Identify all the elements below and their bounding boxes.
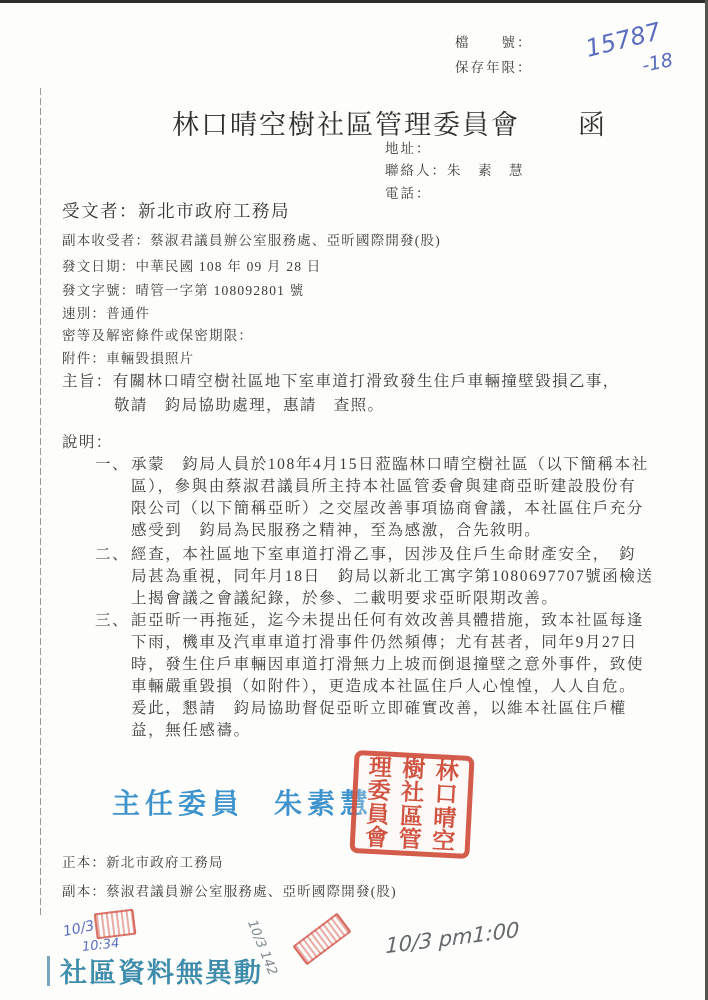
- item-3-line: 時，發生住戶車輛因車道打滑無力上坡而倒退撞壁之意外事件，致使: [131, 652, 644, 674]
- seal-column-right: 林口晴空: [431, 759, 460, 854]
- handwritten-right-note: 10/3 pm1:00: [385, 918, 519, 959]
- doc-number-line: 發文字號：晴管一字第 108092801 號: [62, 279, 304, 299]
- registry-stamp-text: 社區資料無異動: [60, 951, 263, 990]
- item-3-number: 三、: [95, 608, 129, 630]
- original-recipient-line: 正本：新北市政府工務局: [62, 851, 224, 871]
- seal-column-left: 理委員會: [364, 755, 393, 850]
- handwritten-file-number-suffix: -18: [640, 49, 675, 77]
- phone-label: 電話：: [385, 182, 432, 202]
- security-line: 密等及解密條件或保密期限：: [62, 324, 253, 344]
- item-1-line: 區），參與由蔡淑君議員所主持本社區管委會與建商亞昕建設股份有: [131, 474, 636, 496]
- chairperson-signature: 主任委員 朱素慧: [112, 782, 373, 822]
- item-2-line: 局甚為重視，同年月18日 鈞局以新北工寓字第1080697707號函檢送: [131, 564, 654, 586]
- retention-period-label: 保存年限：: [455, 56, 533, 76]
- handwritten-received-date: 10/3: [62, 918, 96, 940]
- recipient-line: 受文者：新北市政府工務局: [62, 198, 290, 223]
- file-number-label: 檔 號：: [455, 31, 533, 51]
- scanned-letter-page: 檔 號： 保存年限： 15787 -18 林口晴空樹社區管理委員會 函 地址： …: [0, 0, 708, 1000]
- binding-line: [40, 88, 41, 918]
- issue-date-line: 發文日期：中華民國 108 年 09 月 28 日: [62, 255, 322, 275]
- item-2-line: 上揭會議之會議紀錄，於參、二載明要求亞昕限期改善。: [131, 586, 559, 608]
- item-2-number: 二、: [95, 542, 129, 564]
- item-3-line: 爰此，懇請 鈞局協助督促亞昕立即確實改善，以維本社區住戶權: [131, 696, 627, 718]
- item-1-line: 感受到 鈞局為民服務之精神，至為感激，合先敘明。: [131, 518, 541, 540]
- red-dept-seal-small: [292, 913, 351, 966]
- item-2-line: 經查，本社區地下室車道打滑乙事，因涉及住戶生命財產安全， 鈞: [131, 542, 636, 564]
- item-1-line: 承蒙 鈞局人員於108年4月15日蒞臨林口晴空樹社區（以下簡稱本社: [131, 452, 649, 474]
- item-1-line: 限公司（以下簡稱亞昕）之交屋改善事項協商會議，本社區住戶充分: [131, 496, 644, 518]
- item-1-number: 一、: [95, 452, 129, 474]
- description-heading: 說明：: [62, 430, 113, 452]
- item-3-line: 車輛嚴重毀損（如附件），更造成本社區住戶人心惶惶，人人自危。: [131, 674, 636, 696]
- chairperson-title: 主任委員: [112, 782, 244, 822]
- item-3-line: 下雨，機車及汽車車道打滑事件仍然頻傳；尤有甚者，同年9月27日: [131, 630, 638, 652]
- seal-column-middle: 樹社區管: [397, 757, 426, 852]
- contact-person: 聯絡人：朱 素 慧: [385, 159, 525, 179]
- cc-recipient-line: 副本收受者：蔡淑君議員辦公室服務處、亞昕國際開發(股): [62, 229, 441, 249]
- item-3-line: 益，無任感禱。: [131, 718, 251, 740]
- subject-line-1: 主旨：有關林口晴空樹社區地下室車道打滑致發生住戶車輛撞壁毀損乙事，: [62, 369, 620, 391]
- copy-recipient-line: 副本：蔡淑君議員辦公室服務處、亞昕國際開發(股): [62, 880, 397, 900]
- scan-edge-top: [0, 0, 708, 3]
- committee-seal: 理委員會 樹社區管 林口晴空: [349, 750, 474, 859]
- registry-stamp-edge: [47, 956, 50, 986]
- red-name-seal-small: [94, 909, 137, 940]
- subject-line-2: 敬請 鈞局協助處理，惠請 查照。: [114, 393, 384, 415]
- address-label: 地址：: [385, 137, 432, 157]
- item-3-line: 詎亞昕一再拖延，迄今未提出任何有效改善具體措施，致本社區每逢: [131, 608, 644, 630]
- speed-line: 速別：普通件: [62, 302, 150, 322]
- attachment-line: 附件：車輛毀損照片: [62, 347, 194, 367]
